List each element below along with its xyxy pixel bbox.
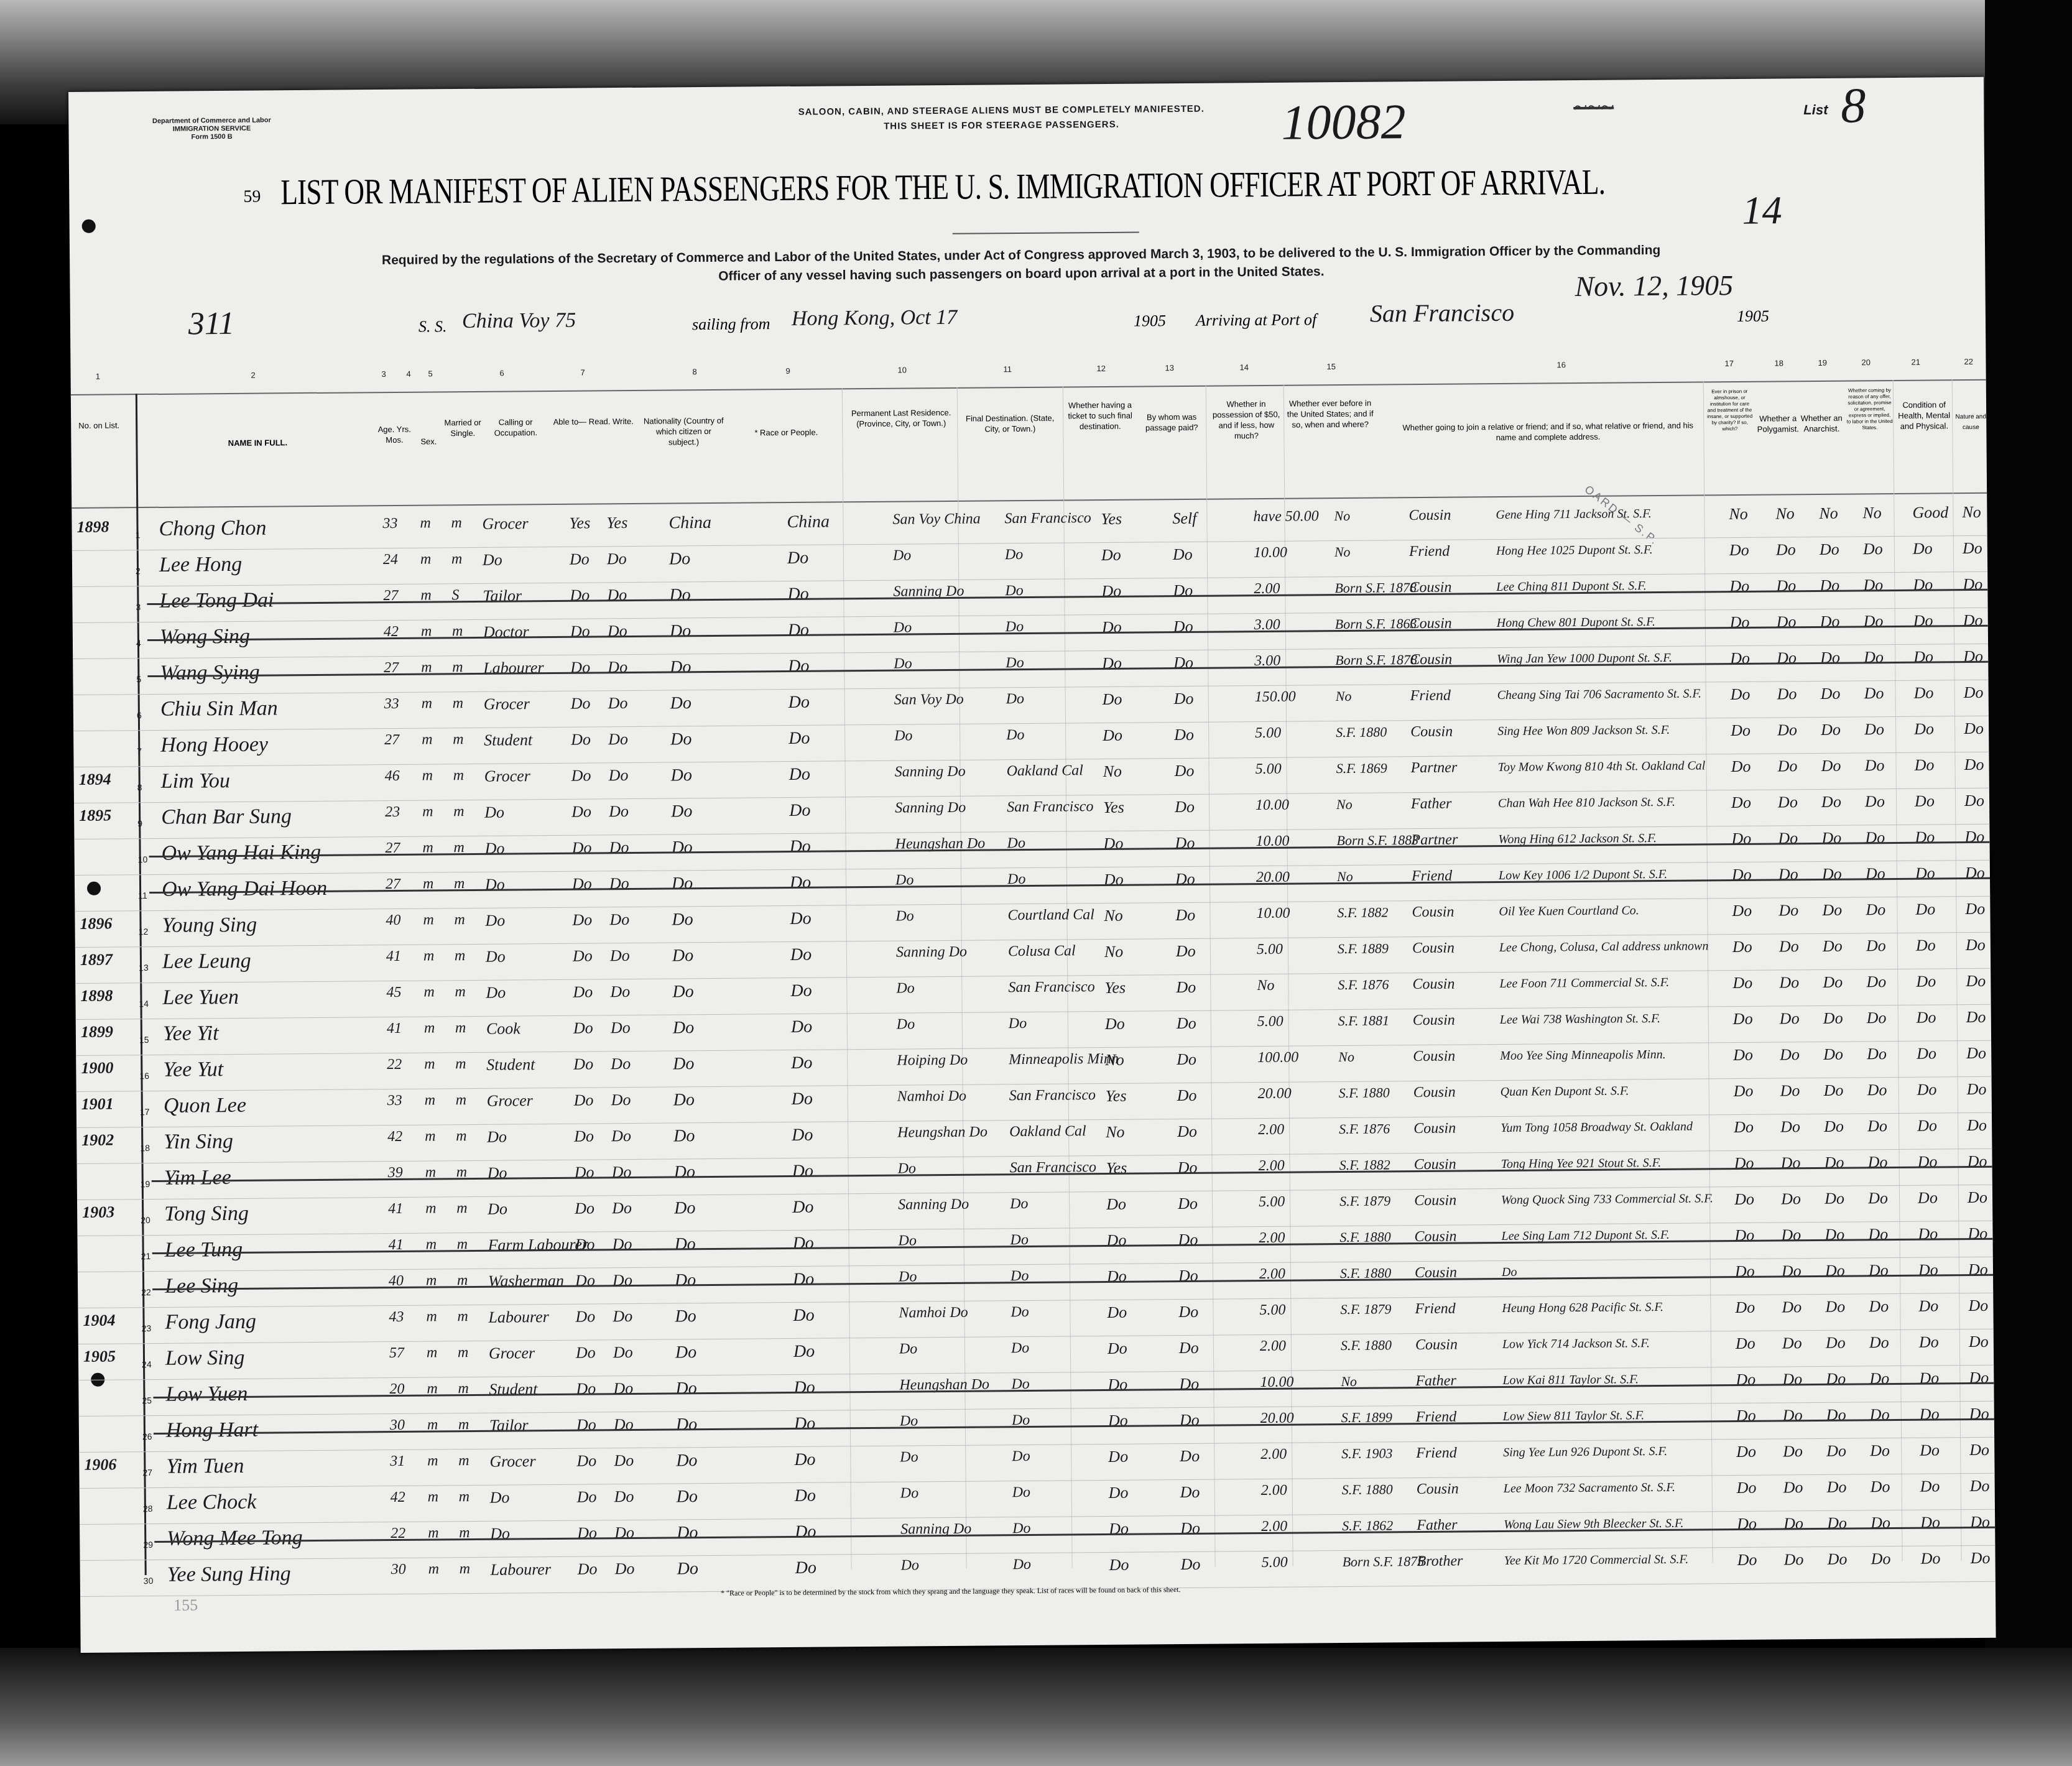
passenger-age: 42: [384, 624, 399, 640]
health-condition: Do: [1917, 1008, 1936, 1027]
anarchist: Do: [1824, 1081, 1844, 1100]
relative-relation: Cousin: [1413, 1048, 1455, 1066]
passenger-occupation: Labourer: [491, 1560, 552, 1579]
passenger-sex: m: [423, 876, 434, 892]
health-condition: Good: [1912, 503, 1948, 522]
relative-address: Oil Yee Kuen Courtland Co.: [1499, 902, 1639, 920]
contract-labor: Do: [1866, 864, 1885, 883]
health-condition: Do: [1915, 900, 1935, 918]
row-register-number: 1904: [83, 1311, 115, 1329]
passenger-occupation: Do: [488, 1164, 507, 1183]
relative-relation: Cousin: [1412, 904, 1454, 922]
money-possessed: 2.00: [1259, 1158, 1285, 1175]
money-possessed: No: [1257, 978, 1274, 994]
previous-us-visit: S.F. 1882: [1339, 1157, 1390, 1173]
relative-relation: Brother: [1417, 1553, 1463, 1570]
passenger-occupation: Grocer: [489, 1344, 535, 1363]
deformity: Do: [1966, 1008, 1986, 1027]
header-destination: Final Destination. (State, City, or Town…: [960, 412, 1060, 434]
column-number: 20: [1861, 358, 1871, 367]
last-residence: Sanning Do: [900, 1521, 971, 1538]
can-write: Do: [608, 622, 627, 640]
can-write: Do: [612, 1199, 632, 1218]
passenger-name: Yee Yit: [163, 1022, 219, 1046]
final-destination: Do: [1011, 1340, 1030, 1357]
can-write: Do: [610, 946, 630, 965]
prison-charity: Do: [1732, 938, 1752, 956]
punch-hole-icon: [82, 220, 96, 233]
row-line-number: 6: [137, 710, 142, 720]
polygamist: Do: [1784, 1550, 1804, 1569]
deformity: Do: [1968, 1297, 1988, 1315]
passenger-age: 33: [382, 515, 397, 532]
passenger-nationality: Do: [675, 1306, 696, 1326]
can-read: Do: [572, 874, 592, 893]
final-destination: San Francisco: [1007, 798, 1094, 816]
polygamist: Do: [1780, 1117, 1800, 1136]
contract-labor: Do: [1869, 1297, 1889, 1316]
passenger-age: 23: [385, 804, 400, 821]
final-destination: San Francisco: [1009, 1087, 1096, 1104]
final-destination: Do: [1006, 619, 1024, 636]
health-condition: Do: [1918, 1188, 1938, 1207]
final-destination: Courtland Cal: [1007, 907, 1094, 924]
health-condition: Do: [1916, 972, 1936, 991]
last-residence: Heungshan Do: [899, 1376, 989, 1394]
contract-labor: Do: [1871, 1514, 1890, 1532]
prison-charity: Do: [1729, 577, 1749, 596]
relative-address: Sing Hee Won 809 Jackson St. S.F.: [1497, 722, 1670, 739]
final-destination: Do: [1010, 1232, 1029, 1249]
deformity: Do: [1970, 1513, 1990, 1532]
row-line-number: 1: [136, 530, 141, 540]
health-condition: Do: [1920, 1441, 1940, 1459]
passenger-nationality: China: [668, 513, 711, 534]
passenger-nationality: Do: [677, 1487, 698, 1507]
passenger-marital-status: m: [460, 1561, 471, 1578]
anarchist: Do: [1820, 613, 1840, 631]
passenger-occupation: Labourer: [483, 659, 544, 678]
header-anarchist: Whether an Anarchist.: [1800, 413, 1843, 435]
deformity: Do: [1969, 1333, 1989, 1351]
has-ticket: No: [1104, 907, 1123, 925]
deformity: Do: [1970, 1549, 1990, 1568]
row-line-number: 19: [141, 1179, 150, 1189]
row-line-number: 24: [142, 1359, 152, 1369]
passenger-marital-status: m: [452, 623, 463, 640]
prison-charity: Do: [1733, 1010, 1753, 1029]
prison-charity: Do: [1731, 830, 1751, 848]
relative-relation: Friend: [1416, 1409, 1457, 1426]
passenger-occupation: Grocer: [482, 514, 528, 534]
prison-charity: Do: [1734, 1226, 1754, 1245]
previous-us-visit: Born S.F. 1883: [1336, 832, 1418, 849]
passenger-marital-status: m: [459, 1489, 470, 1505]
passenger-occupation: Do: [486, 948, 506, 966]
final-destination: Do: [1007, 871, 1026, 888]
prison-charity: Do: [1732, 866, 1752, 884]
can-write: Do: [609, 874, 629, 893]
row-register-number: 1903: [82, 1203, 114, 1221]
previous-us-visit: S.F. 1889: [1338, 940, 1389, 957]
sheet-annotation: 14: [1742, 187, 1782, 234]
contract-labor: Do: [1863, 540, 1883, 558]
contract-labor: Do: [1869, 1333, 1889, 1352]
header-money: Whether in possession of $50, and if les…: [1209, 399, 1284, 441]
passenger-race: Do: [793, 1270, 814, 1290]
health-condition: Do: [1918, 1260, 1938, 1279]
passenger-age: 41: [386, 948, 401, 965]
relative-relation: Friend: [1410, 688, 1451, 705]
polygamist: Do: [1782, 1262, 1801, 1280]
polygamist: Do: [1782, 1334, 1802, 1352]
can-write: Do: [612, 1235, 632, 1254]
can-write: Do: [613, 1307, 632, 1326]
money-possessed: 2.00: [1259, 1230, 1285, 1247]
prison-charity: Do: [1736, 1443, 1756, 1461]
last-residence: Sanning Do: [895, 800, 966, 817]
list-number: 8: [1841, 78, 1866, 134]
deformity: Do: [1967, 1152, 1987, 1171]
divider: [953, 231, 1139, 234]
can-read: Do: [570, 658, 590, 677]
anarchist: Do: [1825, 1190, 1844, 1208]
passenger-nationality: Do: [670, 729, 691, 749]
passenger-race: Do: [787, 548, 808, 568]
can-read: Do: [575, 1163, 594, 1181]
last-residence: Do: [898, 1160, 917, 1177]
last-residence: Namhoi Do: [897, 1088, 967, 1106]
passenger-nationality: Do: [675, 1343, 696, 1362]
last-residence: Hoiping Do: [897, 1052, 968, 1070]
anarchist: Do: [1823, 973, 1843, 992]
passenger-nationality: Do: [671, 802, 692, 821]
previous-us-visit: S.F. 1880: [1339, 1084, 1390, 1101]
relative-relation: Cousin: [1415, 1265, 1457, 1282]
passenger-age: 39: [388, 1165, 403, 1181]
final-destination: Do: [1005, 547, 1024, 563]
can-read: Do: [575, 1235, 594, 1254]
header-polygamist: Whether a Polygamist.: [1756, 413, 1800, 435]
contract-labor: Do: [1871, 1550, 1891, 1568]
health-condition: Do: [1920, 1405, 1940, 1423]
passenger-race: Do: [793, 1378, 815, 1398]
previous-us-visit: No: [1341, 1374, 1357, 1390]
contract-labor: Do: [1866, 900, 1885, 919]
manifest-sheet: Department of Commerce and Labor IMMIGRA…: [68, 77, 1996, 1653]
money-possessed: 20.00: [1258, 1086, 1292, 1103]
column-headers: No. on List. NAME IN FULL. Age. Yrs. Mos…: [71, 379, 1987, 509]
passenger-sex: m: [426, 1272, 437, 1289]
passenger-race: Do: [789, 801, 810, 821]
contract-labor: Do: [1871, 1477, 1890, 1496]
money-possessed: 2.00: [1260, 1338, 1286, 1355]
previous-us-visit: S.F. 1903: [1341, 1445, 1392, 1462]
passenger-marital-status: m: [456, 1092, 467, 1109]
anarchist: Do: [1823, 1045, 1843, 1064]
passenger-age: 46: [385, 768, 400, 785]
column-number: 5: [428, 369, 433, 378]
last-residence: Do: [899, 1341, 918, 1357]
money-possessed: 20.00: [1260, 1410, 1294, 1427]
contract-labor: Do: [1867, 1153, 1887, 1172]
money-possessed: 100.00: [1257, 1050, 1298, 1067]
list-label: List: [1803, 102, 1828, 118]
final-destination: Do: [1011, 1304, 1029, 1321]
has-ticket: No: [1103, 762, 1122, 781]
prison-charity: Do: [1730, 613, 1750, 632]
passenger-sex: m: [422, 767, 433, 784]
passenger-sex: m: [423, 912, 434, 928]
passenger-race: Do: [795, 1486, 816, 1506]
passenger-race: Do: [789, 729, 810, 749]
anarchist: Do: [1823, 1009, 1843, 1028]
anarchist: Do: [1826, 1442, 1846, 1461]
last-residence: Do: [894, 728, 913, 744]
can-read: Do: [572, 910, 592, 929]
row-line-number: 18: [140, 1143, 150, 1153]
header-contract: Whether coming by reason of any offer, s…: [1846, 387, 1894, 432]
can-write: Do: [608, 694, 628, 713]
passenger-race: China: [787, 512, 830, 532]
column-number: 10: [897, 365, 907, 374]
column-number: 8: [693, 367, 697, 376]
has-ticket: Do: [1104, 871, 1124, 889]
anarchist: Do: [1821, 793, 1841, 811]
passenger-marital-status: m: [458, 1417, 469, 1433]
deformity: Do: [1969, 1369, 1989, 1387]
passenger-race: Do: [792, 1162, 813, 1181]
money-possessed: 10.00: [1256, 905, 1290, 922]
passenger-marital-status: m: [458, 1344, 469, 1361]
arriving-label: Arriving at Port of: [1196, 310, 1317, 330]
row-line-number: 26: [142, 1431, 152, 1441]
relative-relation: Cousin: [1413, 1084, 1456, 1102]
passenger-sex: m: [421, 623, 432, 640]
last-residence: Do: [899, 1269, 917, 1285]
passenger-race: Do: [795, 1522, 816, 1542]
previous-us-visit: S.F. 1876: [1338, 976, 1389, 993]
relative-relation: Cousin: [1412, 940, 1455, 958]
passenger-name: Low Yuen: [165, 1382, 247, 1407]
passenger-age: 24: [383, 552, 398, 568]
polygamist: Do: [1777, 757, 1797, 775]
money-possessed: 2.00: [1258, 1122, 1284, 1139]
health-condition: Do: [1917, 1152, 1937, 1171]
money-possessed: 5.00: [1257, 1014, 1283, 1030]
passenger-sex: m: [427, 1380, 438, 1397]
column-number: 14: [1239, 363, 1249, 372]
passenger-age: 40: [389, 1273, 404, 1290]
passenger-name: Yee Yut: [163, 1058, 223, 1082]
relative-relation: Cousin: [1410, 724, 1453, 741]
passage-paid-by: Do: [1180, 1483, 1200, 1502]
passage-paid-by: Do: [1180, 1519, 1200, 1538]
health-condition: Do: [1914, 719, 1934, 738]
polygamist: Do: [1781, 1190, 1801, 1208]
row-line-number: 27: [142, 1468, 152, 1477]
passenger-sex: m: [426, 1308, 437, 1325]
prison-charity: Do: [1732, 902, 1752, 920]
last-residence: Do: [894, 655, 912, 672]
can-write: Do: [609, 802, 629, 821]
deformity: Do: [1963, 611, 1983, 630]
passenger-name: Tong Sing: [164, 1202, 249, 1226]
passenger-marital-status: m: [457, 1308, 468, 1325]
health-condition: Do: [1913, 539, 1933, 558]
relative-address: Low Siew 811 Taylor St. S.F.: [1503, 1407, 1645, 1425]
can-read: Do: [570, 586, 590, 604]
passenger-occupation: Student: [484, 731, 532, 750]
has-ticket: Do: [1107, 1267, 1127, 1286]
can-write: Do: [611, 1055, 631, 1073]
has-ticket: Do: [1102, 618, 1122, 637]
previous-us-visit: Born S.F. 1875: [1343, 1553, 1425, 1570]
previous-us-visit: No: [1337, 869, 1353, 885]
previous-us-visit: Born S.F. 1863: [1335, 616, 1417, 632]
final-destination: Minneapolis Minn: [1009, 1051, 1119, 1068]
passenger-nationality: Do: [673, 1018, 694, 1038]
file-number: 311: [188, 305, 235, 343]
row-register-number: 1906: [84, 1455, 116, 1474]
money-possessed: 2.00: [1261, 1519, 1287, 1535]
deformity: Do: [1967, 1080, 1987, 1099]
passenger-nationality: Do: [676, 1451, 697, 1471]
health-condition: Do: [1913, 575, 1933, 594]
previous-us-visit: No: [1336, 797, 1353, 813]
passenger-race: Do: [787, 585, 808, 604]
anarchist: Do: [1822, 901, 1842, 920]
last-residence: Do: [895, 872, 914, 889]
row-line-number: 29: [143, 1540, 153, 1550]
header-paid: By whom was passage paid?: [1137, 412, 1206, 433]
has-ticket: Do: [1101, 546, 1121, 565]
polygamist: Do: [1777, 685, 1797, 703]
passenger-occupation: Grocer: [484, 695, 530, 714]
prison-charity: Do: [1729, 541, 1749, 560]
can-read: Do: [571, 694, 591, 713]
passenger-age: 41: [388, 1237, 403, 1254]
money-possessed: 10.00: [1256, 833, 1289, 850]
can-read: Do: [576, 1379, 596, 1398]
anarchist: No: [1819, 504, 1838, 523]
polygamist: Do: [1779, 937, 1799, 956]
can-read: Do: [578, 1560, 598, 1578]
column-number: 19: [1818, 358, 1827, 368]
header-nationality: Nationality (Country of which citizen or…: [640, 415, 727, 448]
passenger-marital-status: m: [456, 1236, 468, 1253]
passenger-marital-status: m: [452, 659, 463, 676]
previous-us-visit: S.F. 1880: [1339, 1229, 1390, 1246]
passenger-age: 31: [390, 1453, 405, 1470]
health-condition: Do: [1915, 792, 1935, 810]
deformity: Do: [1969, 1441, 1989, 1459]
header-calling: Calling or Occupation.: [484, 417, 547, 438]
anarchist: Do: [1822, 865, 1842, 884]
money-possessed: 2.00: [1260, 1446, 1287, 1463]
can-read: Do: [571, 838, 591, 857]
passenger-age: 41: [388, 1201, 403, 1218]
passenger-nationality: Do: [670, 621, 691, 641]
passenger-sex: m: [421, 659, 432, 676]
previous-us-visit: S.F. 1862: [1342, 1517, 1393, 1534]
contract-labor: Do: [1864, 648, 1884, 667]
money-possessed: 2.00: [1259, 1266, 1285, 1283]
has-ticket: Do: [1101, 582, 1121, 601]
final-destination: San Francisco: [1010, 1159, 1097, 1177]
passenger-age: 20: [389, 1381, 404, 1398]
previous-us-visit: No: [1334, 508, 1350, 524]
can-write: Do: [613, 1379, 633, 1398]
row-register-number: 1898: [80, 986, 113, 1005]
relative-relation: Cousin: [1413, 1012, 1455, 1030]
row-line-number: 12: [139, 927, 149, 936]
passenger-marital-status: m: [455, 984, 466, 1001]
deformity: Do: [1968, 1188, 1987, 1207]
passenger-race: Do: [793, 1306, 814, 1326]
passenger-sex: m: [422, 731, 433, 748]
last-residence: Do: [901, 1557, 920, 1574]
row-line-number: 22: [141, 1287, 151, 1297]
prison-charity: Do: [1731, 757, 1751, 776]
manifest-notice: SALOON, CABIN, AND STEERAGE ALIENS MUST …: [659, 101, 1343, 136]
passenger-sex: m: [423, 984, 435, 1001]
prison-charity: Do: [1736, 1407, 1756, 1425]
can-write: Do: [607, 550, 627, 568]
relative-address: Yee Kit Mo 1720 Commercial St. S.F.: [1504, 1551, 1689, 1569]
anarchist: Do: [1820, 576, 1839, 595]
passenger-age: 41: [387, 1020, 402, 1037]
passenger-name: Chong Chon: [159, 517, 266, 541]
final-destination: San Francisco: [1004, 510, 1091, 527]
can-read: Do: [570, 550, 590, 568]
can-write: Yes: [606, 514, 627, 532]
row-line-number: 13: [139, 963, 149, 973]
relative-address: Lee Moon 732 Sacramento St. S.F.: [1504, 1479, 1675, 1497]
can-read: Do: [577, 1523, 597, 1542]
last-residence: Do: [900, 1449, 918, 1466]
previous-us-visit: S.F. 1899: [1341, 1409, 1392, 1426]
passage-paid-by: Do: [1175, 762, 1195, 780]
row-line-number: 5: [136, 674, 141, 684]
department-header: Department of Commerce and Labor IMMIGRA…: [143, 116, 280, 142]
health-condition: Do: [1920, 1477, 1940, 1496]
passenger-sex: m: [424, 1056, 435, 1073]
health-condition: Do: [1917, 1080, 1937, 1099]
final-destination: Do: [1012, 1520, 1031, 1537]
polygamist: Do: [1777, 649, 1797, 667]
title-prefix: 59: [243, 187, 261, 207]
polygamist: No: [1775, 504, 1795, 523]
passenger-race: Do: [790, 873, 811, 893]
header-health: Condition of Health, Mental and Physical…: [1896, 399, 1952, 432]
passenger-nationality: Do: [673, 1126, 695, 1146]
health-condition: Do: [1917, 1044, 1936, 1063]
can-read: Do: [576, 1415, 596, 1434]
previous-us-visit: Born S.F. 1878: [1334, 580, 1417, 596]
polygamist: Do: [1782, 1298, 1801, 1316]
health-condition: Do: [1916, 936, 1936, 955]
passage-paid-by: Do: [1178, 1231, 1198, 1249]
has-ticket: Yes: [1106, 1087, 1127, 1106]
passenger-sex: m: [422, 803, 433, 820]
row-register-number: 1898: [76, 518, 109, 537]
row-line-number: 9: [137, 818, 142, 828]
anarchist: Do: [1826, 1334, 1846, 1352]
passenger-race: Do: [792, 1234, 813, 1254]
header-name: NAME IN FULL.: [158, 437, 357, 449]
passage-paid-by: Do: [1177, 1014, 1196, 1033]
